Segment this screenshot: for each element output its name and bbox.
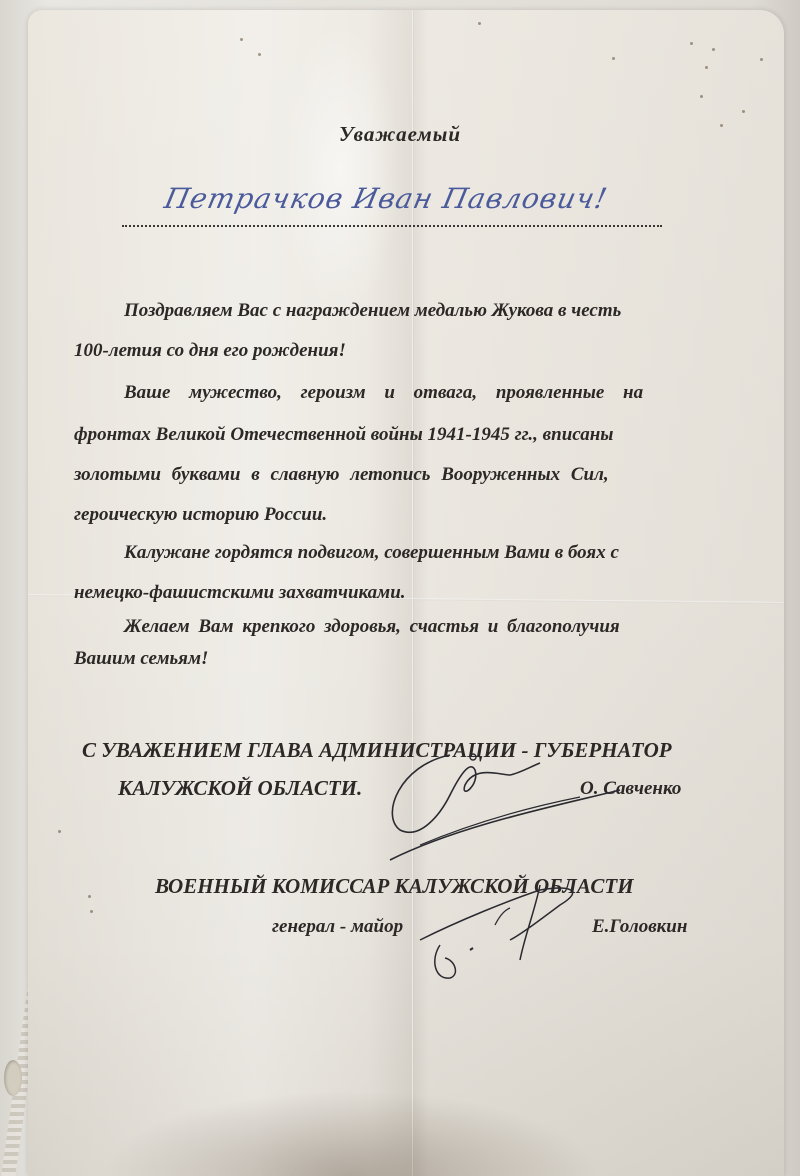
recipient-name-handwritten: Петрачков Иван Павлович! [161,182,610,215]
salutation: Уважаемый [0,122,800,147]
signatory-1-title-line-2: КАЛУЖСКОЙ ОБЛАСТИ. [118,776,362,801]
paragraph-4-line-1: Желаем Вам крепкого здоровья, счастья и … [124,616,620,638]
paragraph-4-line-2: Вашим семьям! [74,648,208,670]
signatory-2-name: Е.Головкин [592,916,687,938]
paragraph-2-line-2: фронтах Великой Отечественной войны 1941… [74,424,613,446]
signatory-2-rank: генерал - майор [272,916,403,938]
paragraph-2-line-1: Ваше мужество, героизм и отвага, проявле… [124,382,643,404]
paragraph-2-line-3: золотыми буквами в славную летопись Воор… [74,464,609,486]
paragraph-1-line-2: 100-летия со дня его рождения! [74,340,346,362]
paragraph-1-line-1: Поздравляем Вас с награждением медалью Ж… [124,300,621,322]
paragraph-3-line-2: немецко-фашистскими захватчиками. [74,582,406,604]
shadow [100,1090,600,1176]
punch-hole [4,1060,22,1096]
glare [280,20,400,320]
signature-1-icon [380,745,640,865]
name-dotted-line [122,225,662,227]
signature-2-icon [400,880,600,990]
paragraph-2-line-4: героическую историю России. [74,504,327,526]
paragraph-3-line-1: Калужане гордятся подвигом, совершенным … [124,542,619,564]
